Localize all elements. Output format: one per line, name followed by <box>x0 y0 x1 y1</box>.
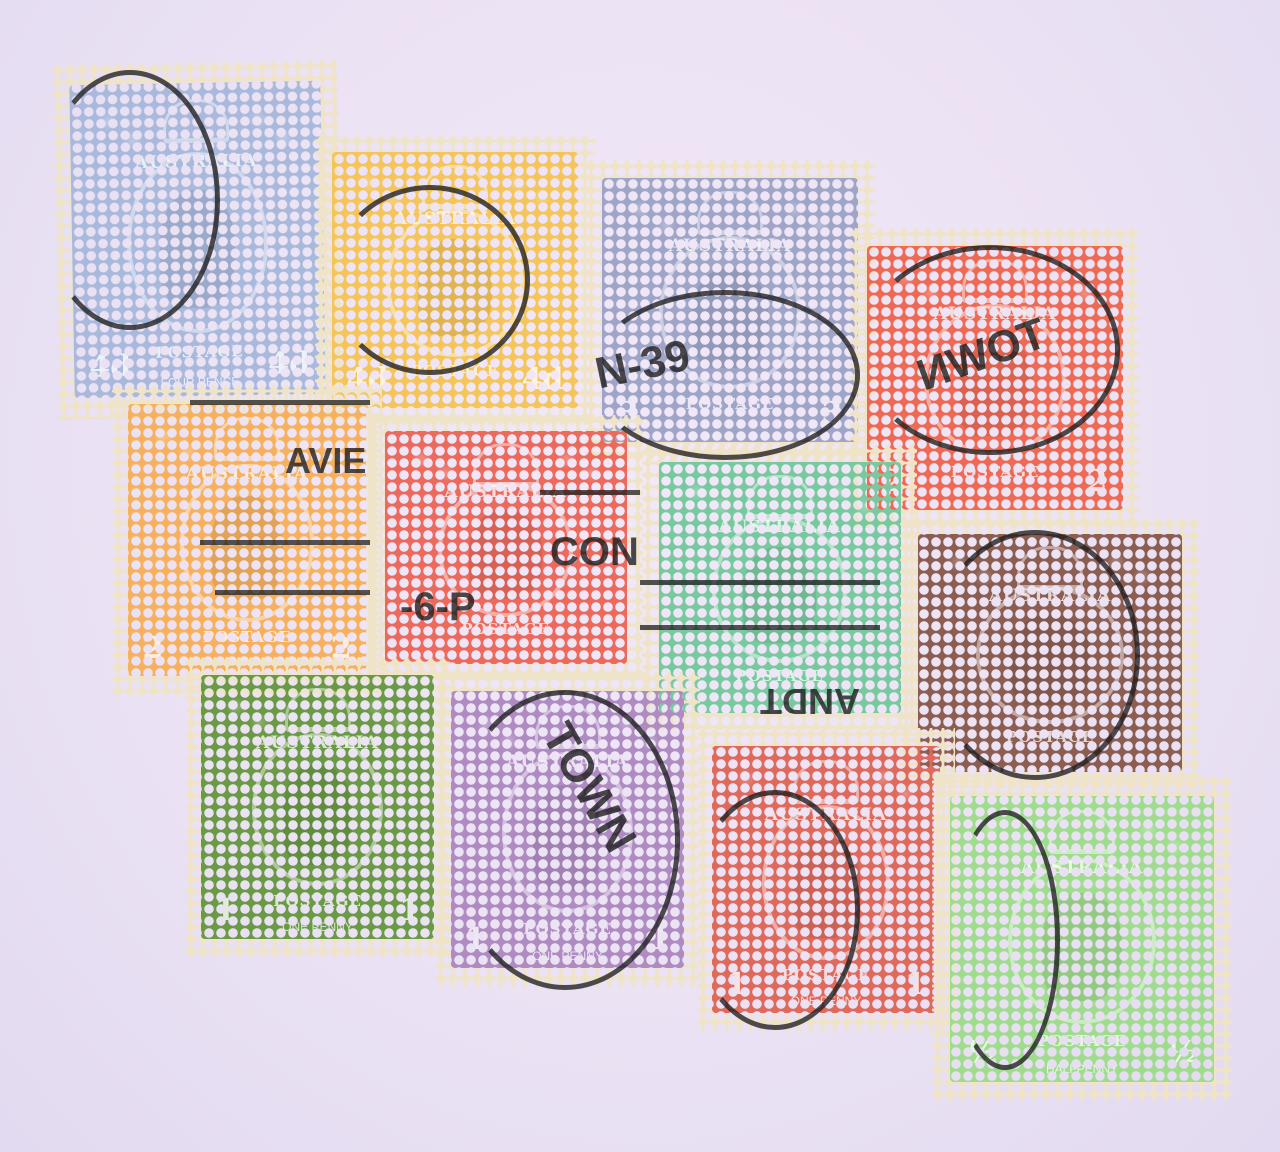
stamp-4d-yellow: AUSTRALIA POSTAGE 4d 4d <box>315 135 595 425</box>
king-portrait <box>1042 893 1121 1002</box>
stamp-denomination-right: 4d <box>268 346 310 382</box>
stamp-denomination-right: 1 <box>399 893 420 928</box>
king-portrait <box>743 547 816 642</box>
stamp-country: AUSTRALIA <box>950 858 1214 878</box>
king-portrait <box>418 239 492 336</box>
stamp-country: AUSTRALIA <box>602 236 857 256</box>
stamp-denomination-left: 4d <box>89 349 131 385</box>
stamp-design: AUSTRALIA POSTAGE 2 2 <box>128 404 366 677</box>
king-portrait <box>283 765 353 865</box>
stamp-2d-orange: AUSTRALIA POSTAGE 2 2 <box>112 385 382 695</box>
stamp-design: AUSTRALIA POSTAGE ONE PENNY 1 1 <box>712 746 939 1013</box>
stamp-design: AUSTRALIA POSTAGE 3 3 <box>602 178 857 442</box>
stamp-country: AUSTRALIA <box>201 733 434 753</box>
king-portrait <box>159 189 236 309</box>
stamp-country: AUSTRALIA <box>128 464 366 484</box>
stamp-country: AUSTRALIA <box>385 482 627 502</box>
stamp-denomination-right: 1 <box>649 922 670 957</box>
stamp-denomination-right: 2 <box>1086 464 1107 499</box>
stamp-1d-red: AUSTRALIA POSTAGE ONE PENNY 1 1 <box>697 728 955 1031</box>
stamp-4d-blue: AUSTRALIA POSTAGE FOUR PENCE 4d 4d <box>52 60 343 420</box>
stamp-denomination-left: 1 <box>465 922 486 957</box>
stamp-2d-red-middle: AUSTRALIA POSTAGE <box>368 415 643 680</box>
stamp-country: AUSTRALIA <box>659 517 901 537</box>
stamp-1d-violet: AUSTRALIA POSTAGE ONE PENNY 1 1 <box>435 672 700 987</box>
stamp-design: AUSTRALIA POSTAGE ONE PENNY 1 1 <box>201 675 434 939</box>
stamp-country: AUSTRALIA <box>332 209 578 229</box>
stamp-country: AUSTRALIA <box>712 805 939 825</box>
stamp-label: POSTAGE <box>385 620 627 638</box>
stamp-denomination-right: 3 <box>821 396 842 431</box>
stamp-country: AUSTRALIA <box>451 752 684 772</box>
stamp-1d-green: AUSTRALIA POSTAGE ONE PENNY 1 1 <box>185 657 450 957</box>
stamp-design: AUSTRALIA POSTAGE <box>918 534 1182 772</box>
stamp-denomination-right: ½ <box>1167 1035 1198 1070</box>
king-portrait <box>469 510 542 599</box>
stamp-country: AUSTRALIA <box>918 586 1182 606</box>
stamp-half-d-green: AUSTRALIA POSTAGE HALFPENNY ½ ½ <box>932 776 1232 1101</box>
king-portrait <box>533 785 603 890</box>
stamp-label: POSTAGE <box>918 728 1182 746</box>
stamp-design: AUSTRALIA POSTAGE 4d 4d <box>332 152 578 407</box>
king-portrait <box>211 496 282 600</box>
stamp-denomination-right: 1 <box>905 967 926 1002</box>
stamp-denomination-left: 2 <box>142 631 163 666</box>
stamp-design: AUSTRALIA POSTAGE FOUR PENCE 4d 4d <box>69 81 325 398</box>
stamp-denomination-left: 1 <box>215 893 236 928</box>
stamp-denomination-left: 1 <box>726 967 747 1002</box>
stamp-denomination-left: ½ <box>966 1035 997 1070</box>
stamp-design: AUSTRALIA POSTAGE <box>385 431 627 664</box>
king-portrait <box>792 837 860 938</box>
stamp-design: AUSTRALIA POSTAGE ONE PENNY 1 1 <box>451 691 684 968</box>
stamp-denomination-right: 4d <box>522 362 564 397</box>
king-portrait <box>1010 615 1089 705</box>
king-portrait <box>957 336 1034 436</box>
stamp-design: AUSTRALIA POSTAGE HALFPENNY ½ ½ <box>950 796 1214 1082</box>
stamp-country: AUSTRALIA <box>867 304 1122 324</box>
king-portrait <box>692 268 769 368</box>
stamp-label: POSTAGE <box>602 395 857 413</box>
